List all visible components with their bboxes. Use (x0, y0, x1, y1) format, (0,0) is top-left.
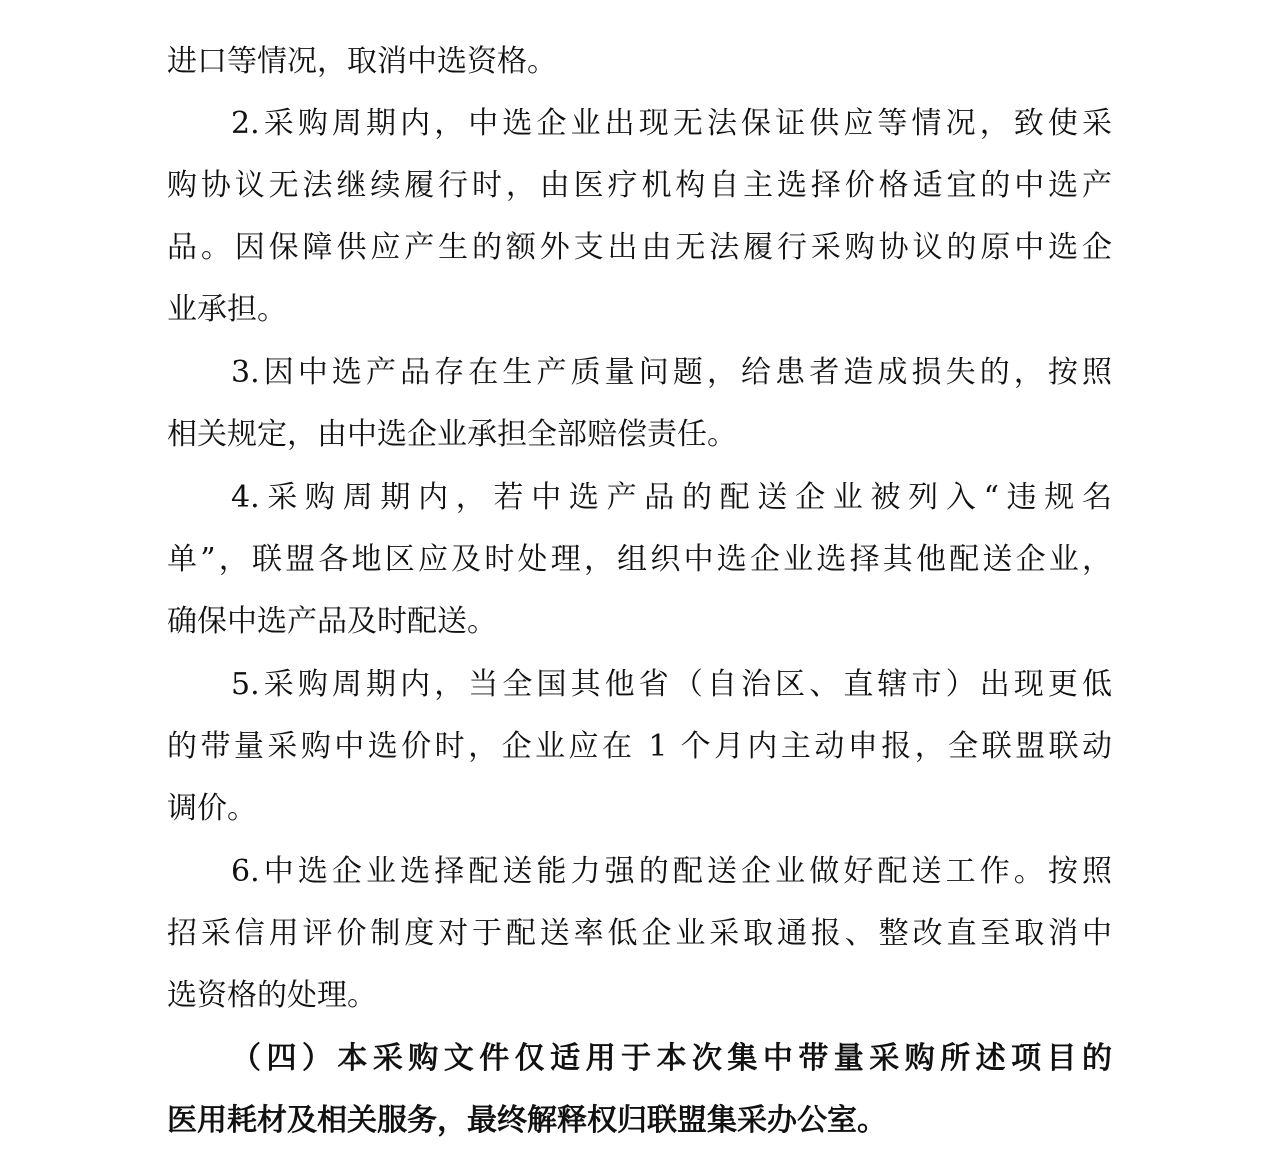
item-5-line-1: 5.采购周期内，当全国其他省（自治区、直辖市）出现更低 (231, 665, 1112, 705)
item-2-line-1: 2.采购周期内，中选企业出现无法保证供应等情况，致使采 (231, 104, 1112, 144)
item-6-line-1: 6.中选企业选择配送能力强的配送企业做好配送工作。按照 (231, 852, 1112, 892)
item-5-line-3: 调价。 (167, 789, 257, 829)
item-2-line-3: 品。因保障供应产生的额外支出由无法履行采购协议的原中选企 (167, 228, 1112, 268)
item-2-line-2: 购协议无法继续履行时，由医疗机构自主选择价格适宜的中选产 (167, 166, 1112, 206)
item-3-line-2: 相关规定，由中选企业承担全部赔偿责任。 (167, 415, 737, 455)
section-4-line-1: （四）本采购文件仅适用于本次集中带量采购所述项目的 (231, 1039, 1112, 1079)
item-4-line-2: 单”，联盟各地区应及时处理，组织中选企业选择其他配送企业， (167, 540, 1112, 580)
section-4-line-2: 医用耗材及相关服务，最终解释权归联盟集采办公室。 (167, 1101, 887, 1141)
item-6-line-2: 招采信用评价制度对于配送率低企业采取通报、整改直至取消中 (167, 914, 1112, 954)
item-3-line-1: 3.因中选产品存在生产质量问题，给患者造成损失的，按照 (231, 353, 1112, 393)
item-4-line-3: 确保中选产品及时配送。 (167, 602, 497, 642)
item-4-line-1: 4.采购周期内，若中选产品的配送企业被列入“违规名 (231, 478, 1112, 518)
item-5-line-2: 的带量采购中选价时，企业应在 1 个月内主动申报，全联盟联动 (167, 727, 1112, 767)
paragraph-continuation-line: 进口等情况，取消中选资格。 (167, 42, 557, 82)
item-2-line-4: 业承担。 (167, 290, 287, 330)
item-6-line-3: 选资格的处理。 (167, 976, 377, 1016)
